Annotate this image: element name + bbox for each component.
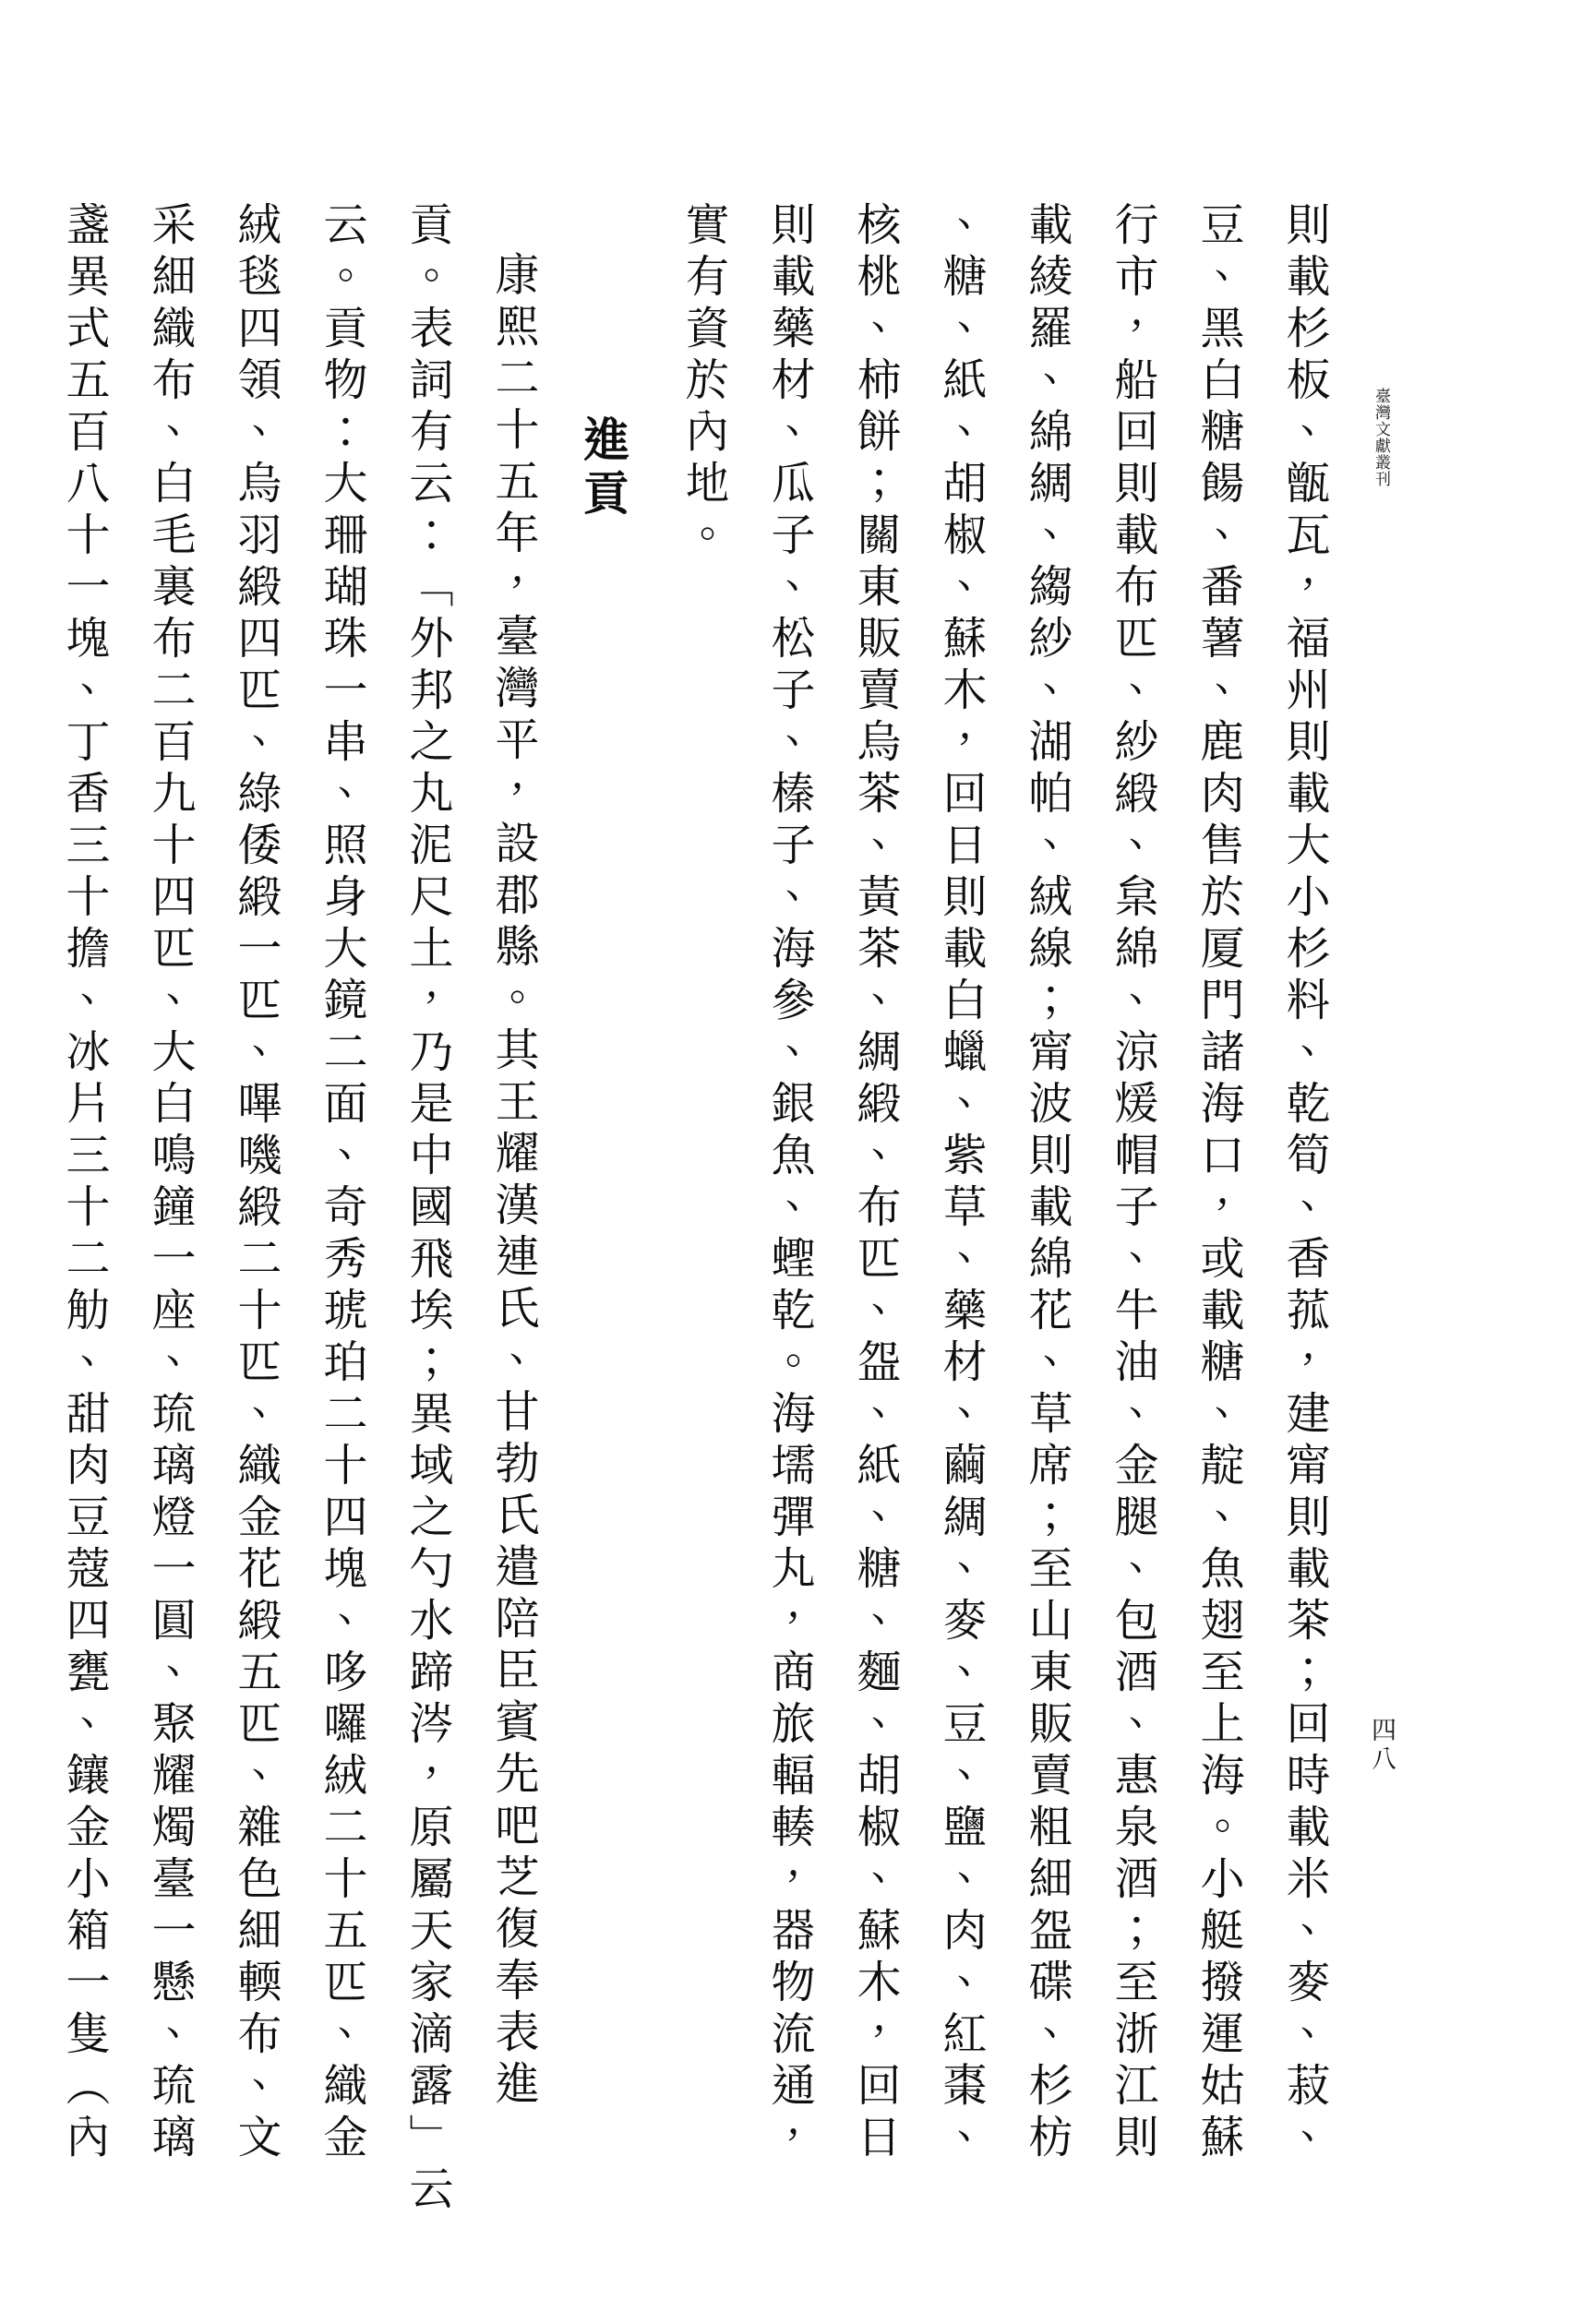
- text-column-7: 則載藥材、瓜子、松子、榛子、海參、銀魚、蟶乾。海壖彈丸，商旅輻輳，器物流通，: [746, 201, 832, 2232]
- text-column-12: 絨毯四領、烏羽緞四匹、綠倭緞一匹、嗶嘰緞二十匹、織金花緞五匹、雜色細輭布、文: [212, 201, 298, 2232]
- folio-number: 四八: [1364, 1717, 1400, 1774]
- text-column-1: 則載杉板、甑瓦，福州則載大小杉料、乾筍、香菰，建甯則載茶；回時載米、麥、菽、: [1261, 201, 1347, 2232]
- text-column-2: 豆、黑白糖餳、番薯、鹿肉售於厦門諸海口，或載糖、靛、魚翅至上海。小艇撥運姑蘇: [1175, 201, 1261, 2232]
- text-block: 則載杉板、甑瓦，福州則載大小杉料、乾筍、香菰，建甯則載茶；回時載米、麥、菽、 豆…: [41, 201, 1347, 2232]
- text-column-9: 康熙二十五年，臺灣平，設郡縣。其王耀漢連氏、甘勃氏遣陪臣賓先吧芝復奉表進: [470, 201, 556, 2232]
- text-column-13: 采細織布、白毛裏布二百九十四匹、大白鳴鐘一座、琉璃燈一圓、聚耀燭臺一懸、琉璃: [126, 201, 212, 2232]
- text-column-11: 云。貢物：大珊瑚珠一串、照身大鏡二面、奇秀琥珀二十四塊、哆囉絨二十五匹、織金: [298, 201, 384, 2232]
- text-column-4: 載綾羅、綿綢、縐紗、湖帕、絨線；甯波則載綿花、草席；至山東販賣粗細盌碟、杉枋: [1003, 201, 1089, 2232]
- scan-page: 臺灣文獻叢刊 四八 則載杉板、甑瓦，福州則載大小杉料、乾筍、香菰，建甯則載茶；回…: [0, 0, 1582, 2324]
- text-column-5: 、糖、紙、胡椒、蘇木，回日則載白蠟、紫草、藥材、繭綢、麥、豆、鹽、肉、紅棗、: [917, 201, 1003, 2232]
- text-column-10: 貢。表詞有云：「外邦之丸泥尺土，乃是中國飛埃；異域之勺水蹄涔，原屬天家滴露」云: [384, 201, 470, 2232]
- book-series-title: 臺灣文獻叢刊: [1370, 388, 1393, 487]
- text-column-3: 行市，船回則載布匹、紗緞、枲綿、涼煖帽子、牛油、金腿、包酒、惠泉酒；至浙江則: [1089, 201, 1175, 2232]
- section-heading-jingong: 進貢: [559, 201, 645, 2232]
- text-column-6: 核桃、柿餅；關東販賣烏茶、黃茶、綢緞、布匹、盌、紙、糖、麵、胡椒、蘇木，回日: [832, 201, 917, 2232]
- text-column-8: 實有資於內地。: [660, 201, 746, 2232]
- text-column-14: 盞異式五百八十一塊、丁香三十擔、冰片三十二觔、甜肉豆蔻四甕、鑲金小箱一隻（內: [41, 201, 126, 2232]
